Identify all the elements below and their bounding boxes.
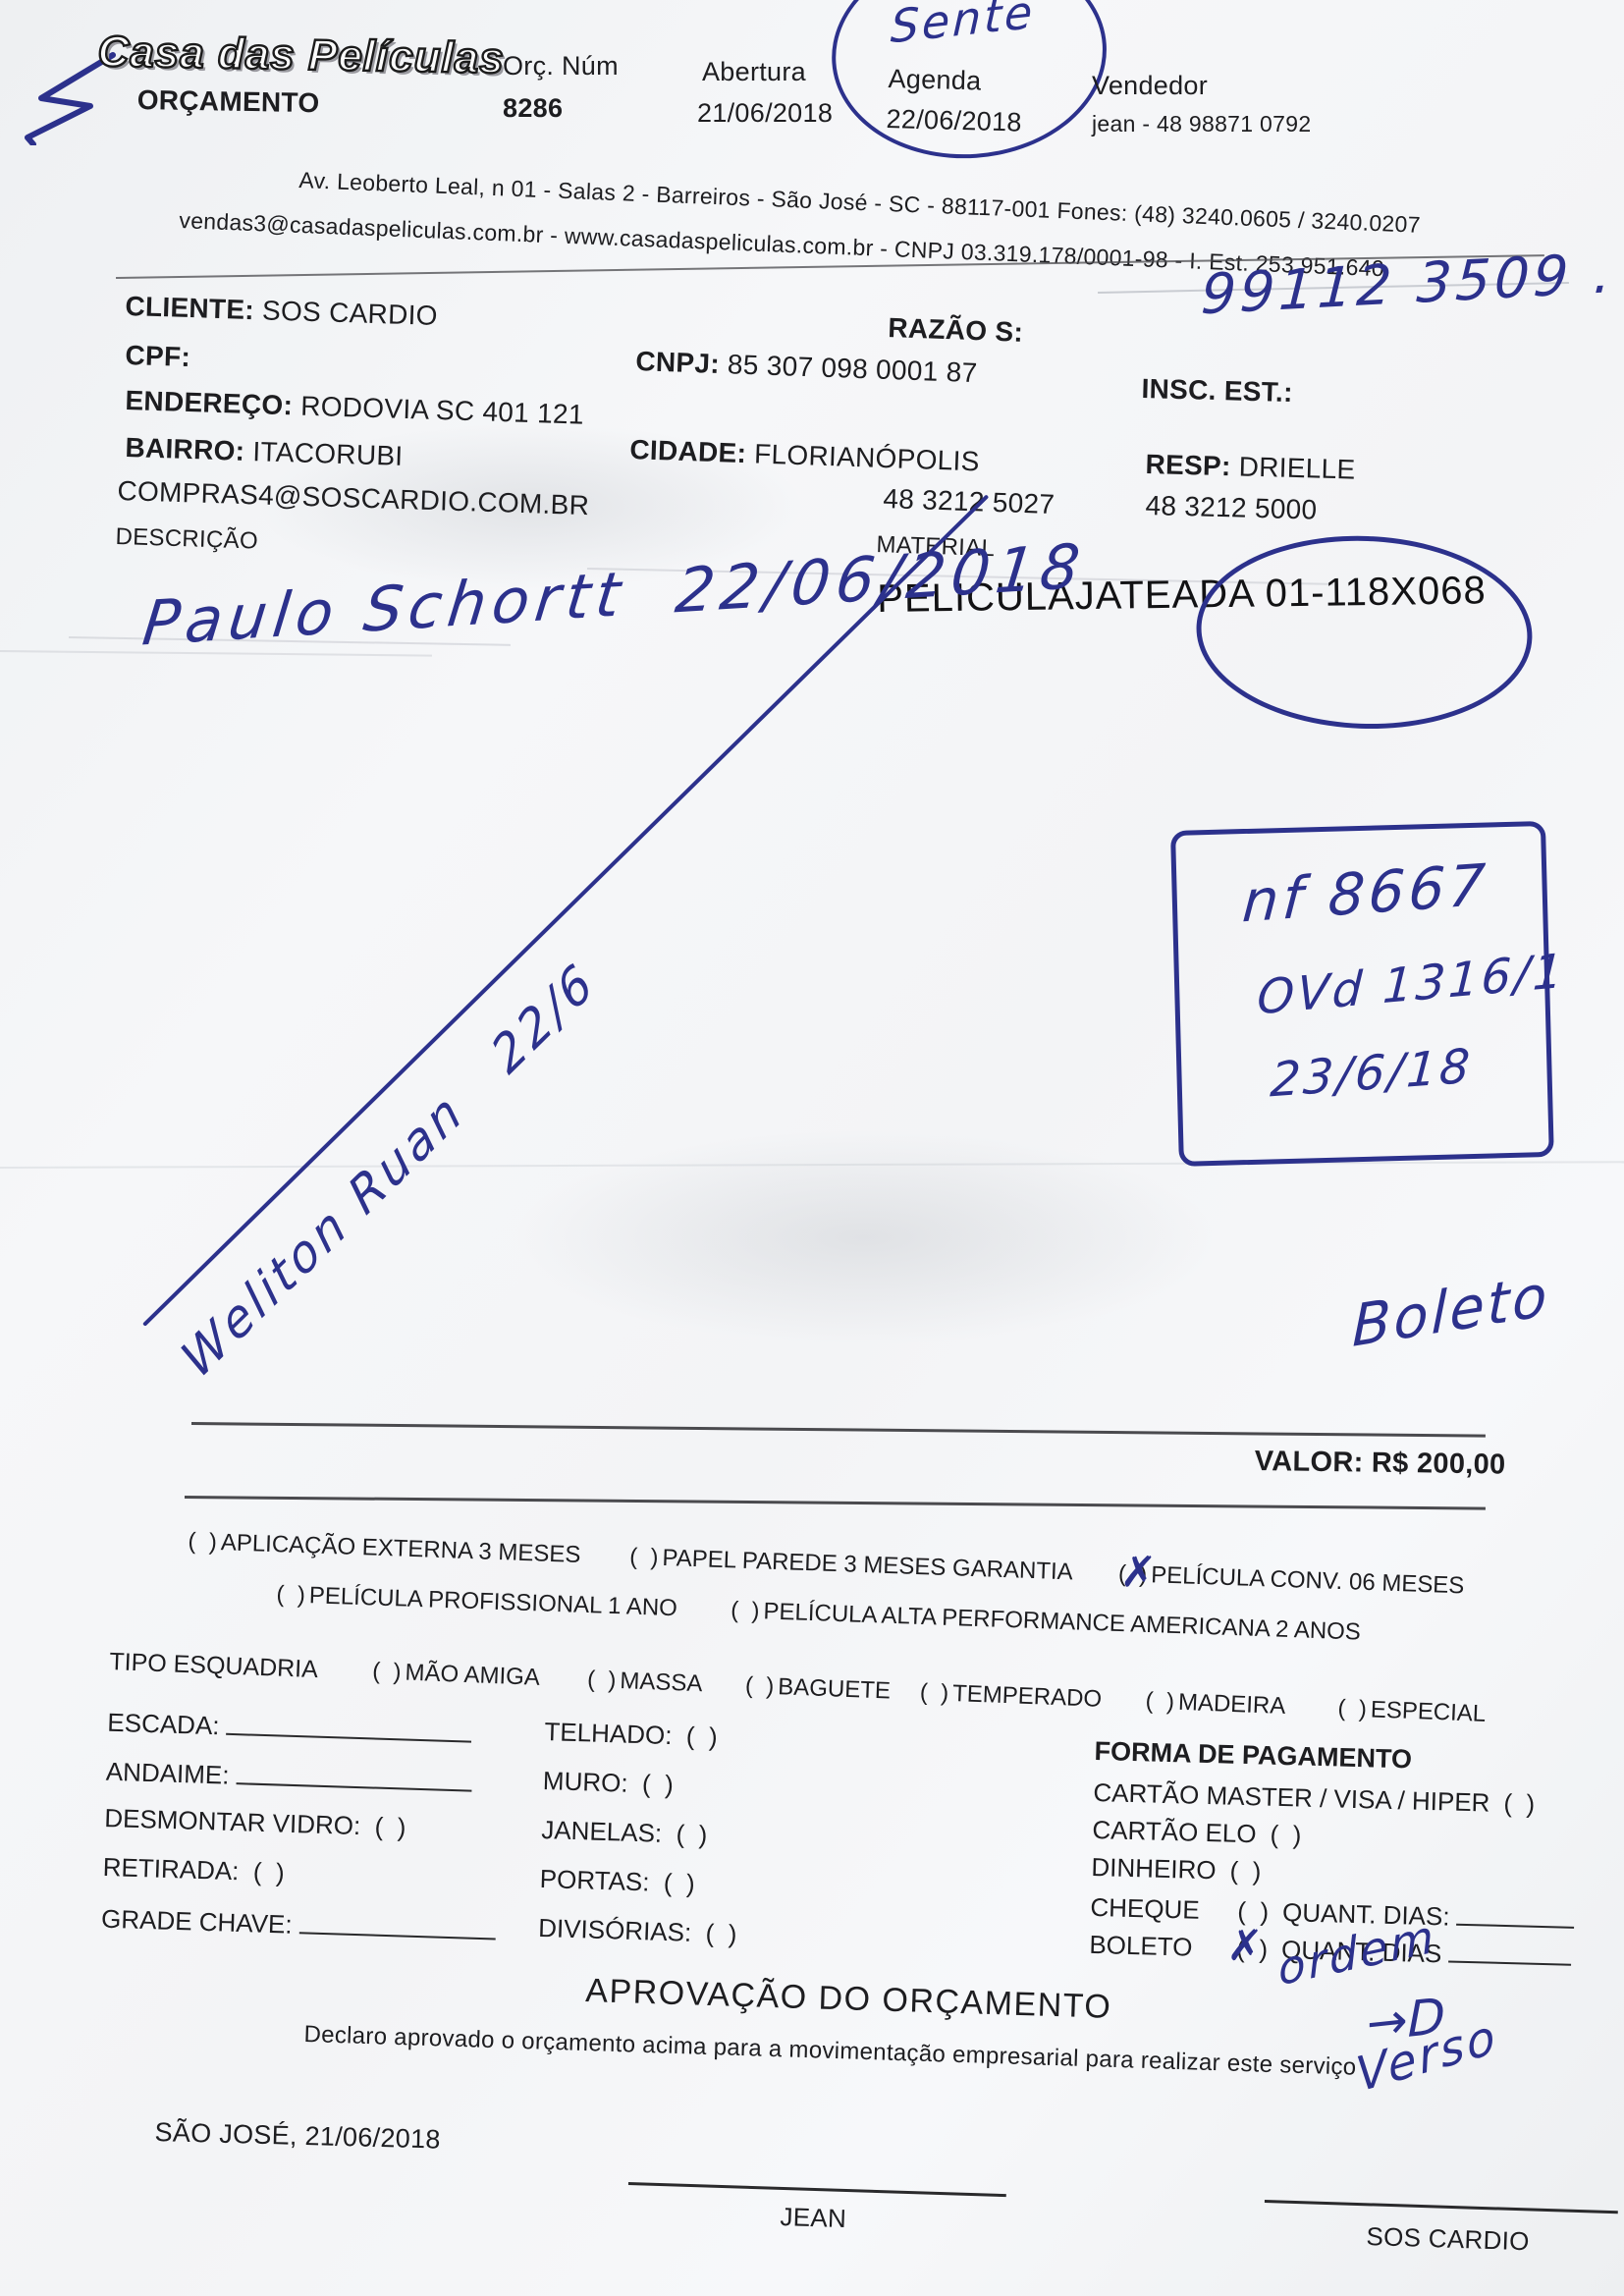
andaime-row: ANDAIME:: [105, 1754, 472, 1798]
telhado-row: TELHADO: ( ): [544, 1717, 718, 1753]
site-options-middle: TELHADO: ( ) MURO: ( ) JANELAS: ( ) PORT…: [536, 1717, 957, 2004]
checkbox-temperado: ( )TEMPERADO: [919, 1679, 1102, 1714]
insc-est-label: INSC. EST.:: [1141, 373, 1293, 409]
cpf-label: CPF:: [125, 340, 191, 373]
bairro-label: BAIRRO:: [125, 432, 245, 466]
handwritten-check-mark: ✗: [1226, 1921, 1264, 1972]
company-logo: Casa das Películas: [97, 27, 505, 83]
endereco-value: RODOVIA SC 401 121: [300, 391, 584, 430]
grade-chave-row: GRADE CHAVE:: [101, 1901, 497, 1946]
payment-handwritten-note: Boleto: [1352, 1261, 1550, 1360]
muro-row: MURO: ( ): [542, 1766, 674, 1800]
material-circle-annotation: [1193, 530, 1536, 735]
doc-type-title: ORÇAMENTO: [136, 84, 319, 119]
boleto-dias-blank-line: [1448, 1937, 1572, 1966]
city-date: SÃO JOSÉ, 21/06/2018: [154, 2117, 441, 2156]
valor-lower-line: [185, 1496, 1486, 1510]
desmontar-vidro-row: DESMONTAR VIDRO: ( ): [104, 1803, 406, 1843]
retirada-row: RETIRADA: ( ): [102, 1852, 285, 1888]
client-phone2: 48 3212 5000: [1145, 490, 1318, 526]
resp-label: RESP:: [1145, 449, 1231, 481]
orc-num-value: 8286: [503, 93, 563, 124]
descricao-label: DESCRIÇÃO: [115, 523, 258, 556]
grade-chave-blank-line: [299, 1907, 497, 1940]
cidade-value: FLORIANÓPOLIS: [754, 438, 980, 476]
escada-row: ESCADA:: [107, 1705, 472, 1749]
cidade-label: CIDADE:: [629, 434, 747, 468]
razao-label: RAZÃO S:: [888, 312, 1024, 349]
checkbox-especial: ( )ESPECIAL: [1337, 1695, 1487, 1728]
abertura-date: 21/06/2018: [697, 98, 833, 129]
abertura-label: Abertura: [702, 57, 806, 87]
checkbox-baguete: ( )BAGUETE: [744, 1672, 891, 1706]
signature-line-jean: [628, 2182, 1006, 2197]
orc-num-label: Orç. Núm: [503, 51, 619, 82]
payment-title: FORMA DE PAGAMENTO: [1094, 1736, 1412, 1775]
cnpj-label: CNPJ:: [635, 346, 721, 379]
janelas-row: JANELAS: ( ): [541, 1815, 708, 1850]
valor-label: VALOR:: [1255, 1446, 1364, 1479]
checkbox-mao-amiga: ( )MÃO AMIGA: [372, 1658, 541, 1692]
checkbox-papel-parede: ( )PAPEL PAREDE 3 MESES GARANTIA: [629, 1544, 1073, 1587]
cliente-row: CLIENTE: SOS CARDIO: [125, 291, 438, 332]
scan-smudge: [511, 1129, 1218, 1345]
checkbox-pelicula-conv: ✗( )PELÍCULA CONV. 06 MESES: [1117, 1560, 1464, 1600]
agenda-date: 22/06/2018: [886, 104, 1022, 138]
checkbox-massa: ( )MASSA: [587, 1667, 703, 1698]
cnpj-row: CNPJ: 85 307 098 0001 87: [635, 346, 978, 389]
agenda-label: Agenda: [888, 64, 982, 96]
signature-label-sos-cardio: SOS CARDIO: [1366, 2221, 1530, 2257]
cliente-value: SOS CARDIO: [262, 295, 439, 331]
cartao-master-row: CARTÃO MASTER / VISA / HIPER( ): [1093, 1777, 1535, 1820]
resp-row: RESP: DRIELLE: [1145, 449, 1356, 486]
valor-value: R$ 200,00: [1372, 1448, 1506, 1481]
endereco-label: ENDEREÇO:: [125, 385, 294, 420]
esquadria-label: TIPO ESQUADRIA: [109, 1648, 319, 1684]
checkbox-madeira: ( )MADEIRA: [1145, 1688, 1286, 1721]
dinheiro-row: DINHEIRO( ): [1091, 1852, 1262, 1887]
bairro-value: ITACORUBI: [252, 436, 404, 471]
valor-row: VALOR: R$ 200,00: [1255, 1446, 1506, 1482]
checkbox-pelicula-profissional: ( )PELÍCULA PROFISSIONAL 1 ANO: [276, 1581, 677, 1622]
cnpj-value: 85 307 098 0001 87: [727, 349, 977, 388]
divisorias-row: DIVISÓRIAS: ( ): [538, 1913, 737, 1949]
approval-declaration: Declaro aprovado o orçamento acima para …: [303, 2021, 1357, 2082]
signature-label-jean: JEAN: [780, 2202, 847, 2234]
signature-line-sos-cardio: [1265, 2200, 1618, 2214]
vendedor-label: Vendedor: [1092, 71, 1208, 101]
resp-value: DRIELLE: [1238, 451, 1356, 484]
diagonal-handwritten-note: Weliton Ruan 22/6: [172, 951, 606, 1390]
vendedor-value: jean - 48 98871 0792: [1092, 111, 1311, 137]
scanned-budget-document: Casa das Películas ORÇAMENTO Orç. Núm 82…: [0, 0, 1624, 2296]
andaime-blank-line: [236, 1758, 472, 1791]
endereco-row: ENDEREÇO: RODOVIA SC 401 121: [125, 385, 584, 431]
checkbox-aplicacao-externa: ( )APLICAÇÃO EXTERNA 3 MESES: [188, 1528, 581, 1569]
handwritten-check-mark: ✗: [1119, 1547, 1158, 1598]
valor-upper-line: [191, 1422, 1486, 1438]
bairro-row: BAIRRO: ITACORUBI: [125, 432, 404, 472]
cartao-elo-row: CARTÃO ELO( ): [1092, 1815, 1302, 1851]
escada-blank-line: [226, 1709, 472, 1743]
approval-title: APROVAÇÃO DO ORÇAMENTO: [585, 1972, 1112, 2027]
cliente-label: CLIENTE:: [125, 291, 254, 325]
portas-row: PORTAS: ( ): [539, 1864, 695, 1899]
cheque-dias-blank-line: [1457, 1899, 1576, 1929]
